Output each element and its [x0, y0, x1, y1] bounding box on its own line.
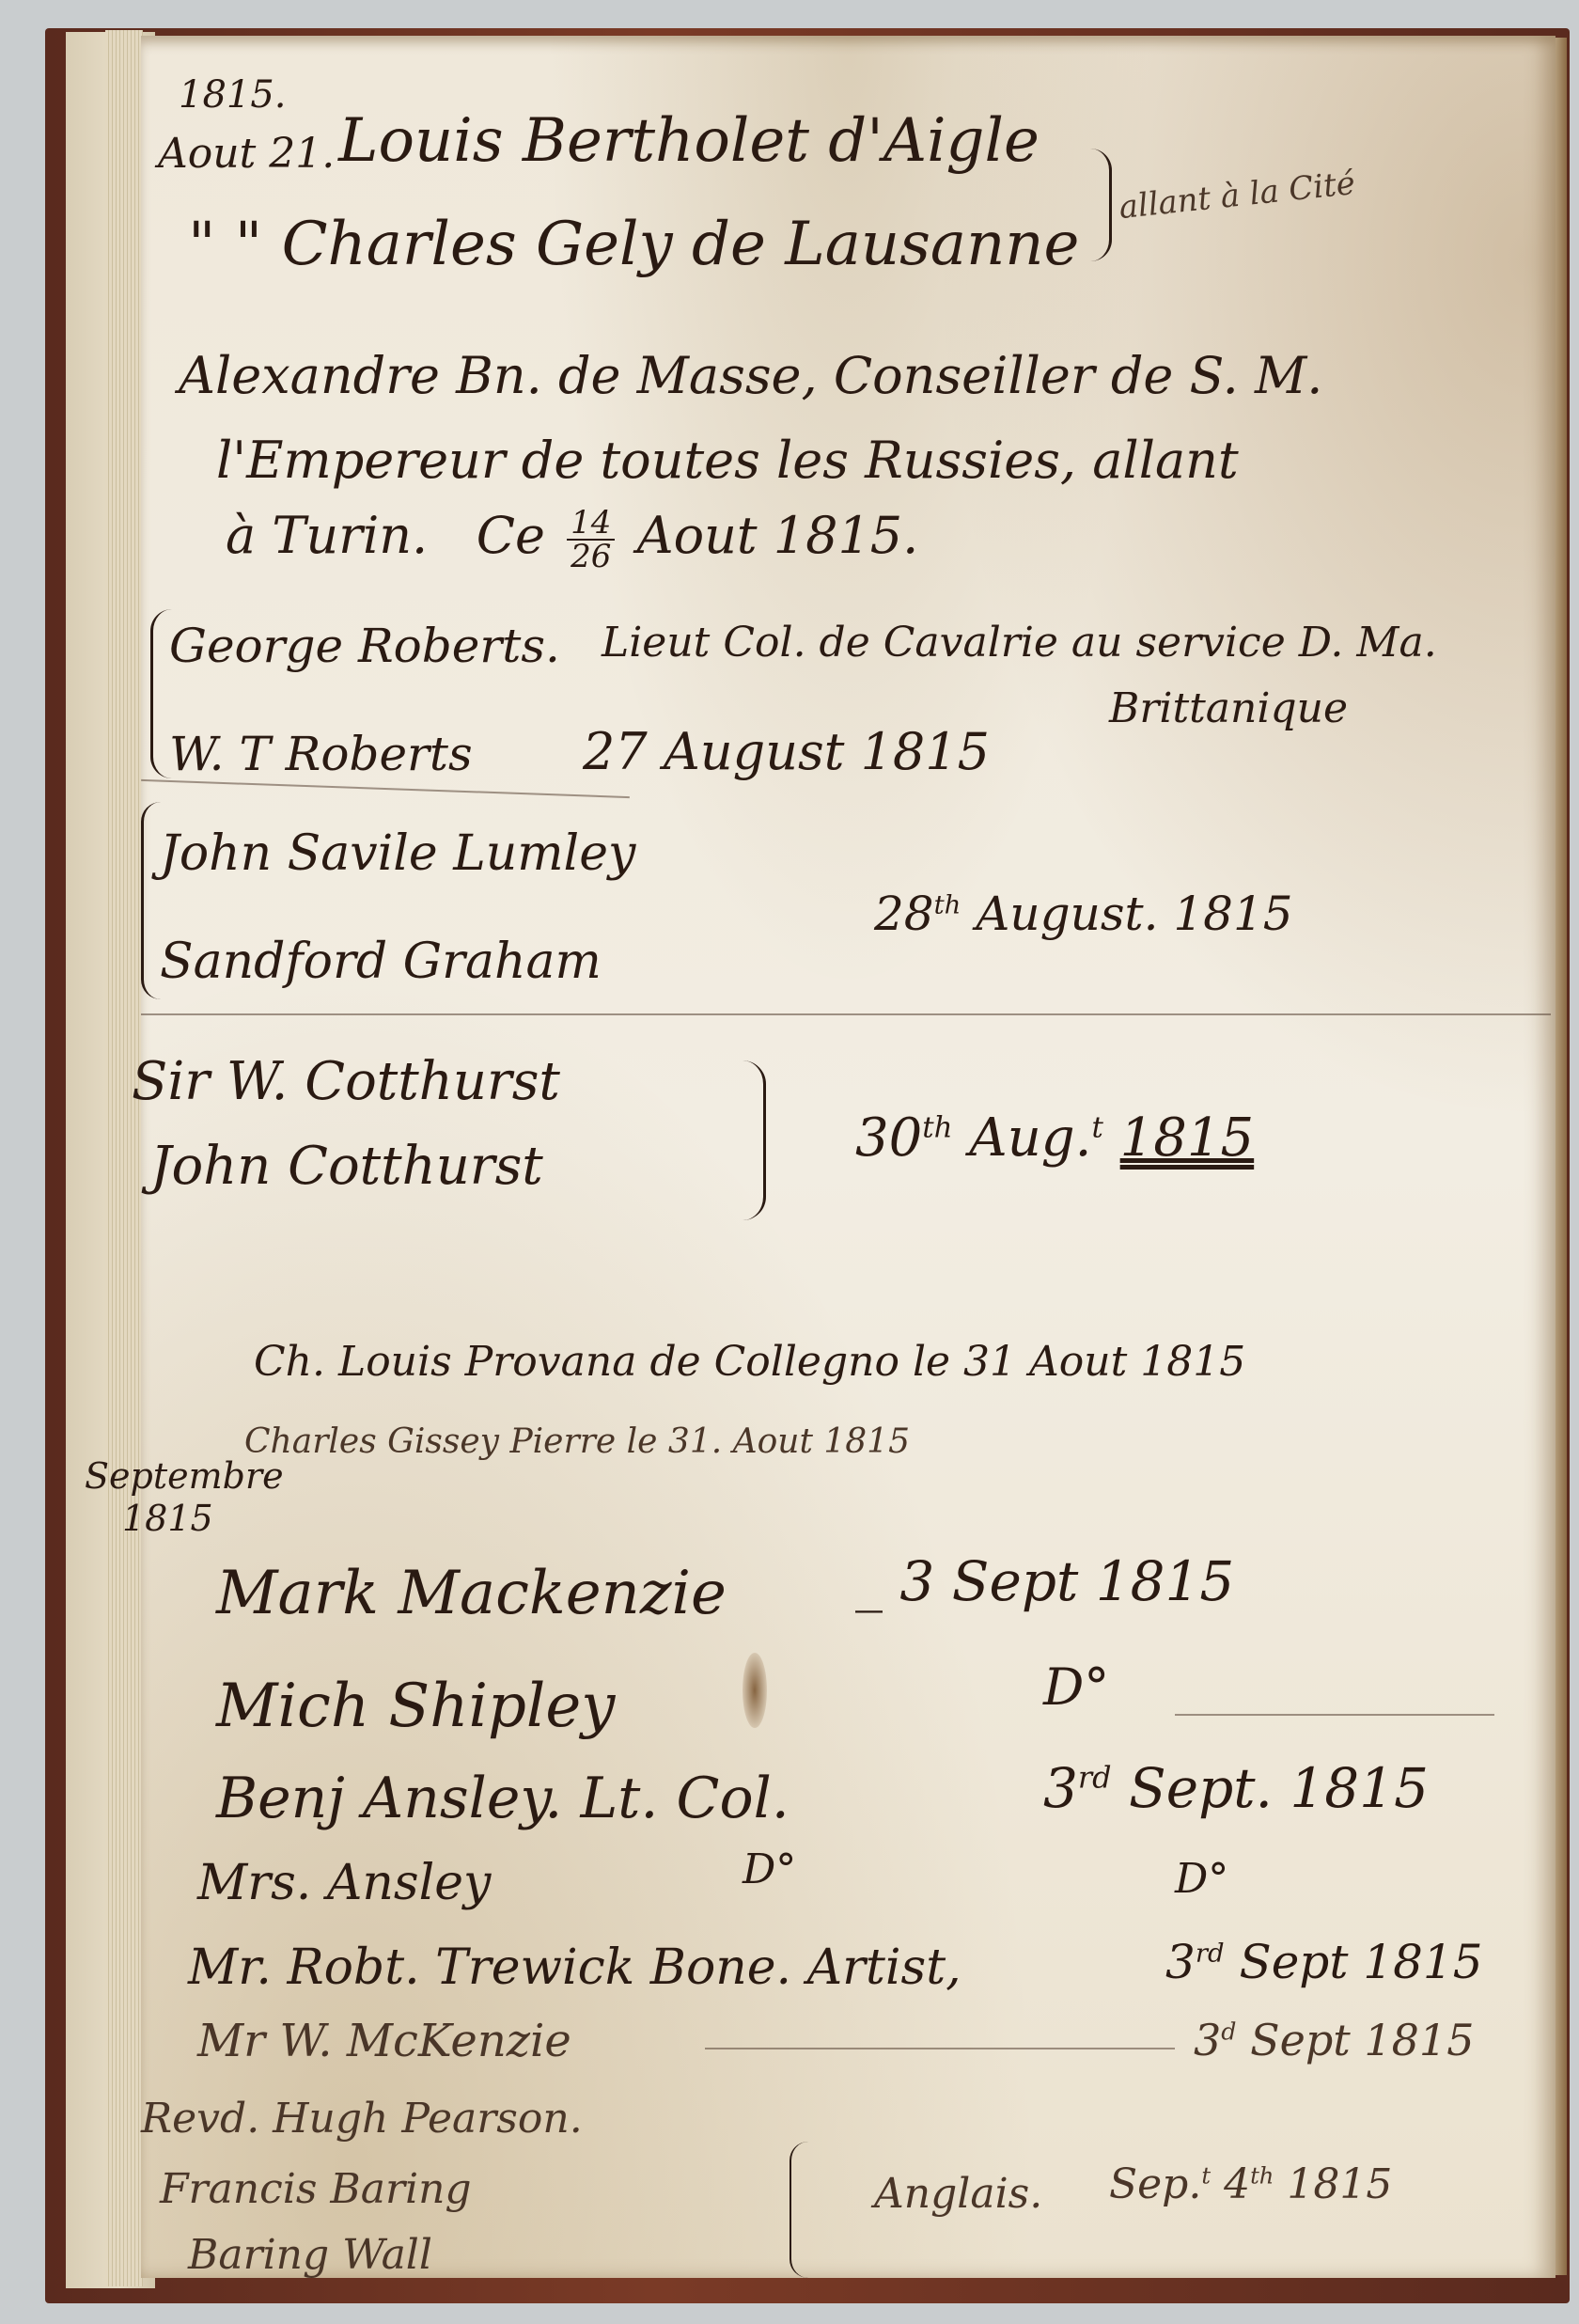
entry-date: 30th Aug.t 1815 — [855, 1107, 1254, 1169]
entry-name: George Roberts. — [169, 619, 560, 673]
entry-date: _ 3 Sept 1815 — [855, 1549, 1234, 1613]
entry-name: Benj Ansley. Lt. Col. — [216, 1766, 789, 1831]
year-margin: 1815 — [122, 1498, 213, 1539]
manuscript-page: 1815. Aout 21. Louis Bertholet d'Aigle "… — [141, 36, 1556, 2278]
entry-title: Brittanique — [1109, 684, 1348, 732]
entry-line: Alexandre Bn. de Masse, Conseiller de S.… — [179, 346, 1322, 405]
page-edges — [105, 30, 143, 2286]
entry-date: Sep.t 4th 1815 — [1109, 2160, 1392, 2208]
date-prefix: Ce — [477, 506, 545, 565]
entry-name: Mark Mackenzie — [216, 1559, 727, 1628]
entry-name: Revd. Hugh Pearson. — [141, 2095, 583, 2143]
entry-name: Mr W. McKenzie — [197, 2015, 571, 2067]
brace — [789, 2142, 808, 2278]
entry-date: 3rd Sept 1815 — [1165, 1935, 1483, 1989]
entry-date: 3rd Sept. 1815 — [1043, 1756, 1429, 1820]
brace — [141, 802, 161, 999]
entry-name: Sandford Graham — [160, 934, 602, 990]
brace — [743, 1060, 766, 1220]
entry-date: D° — [1043, 1657, 1109, 1717]
entry-date: 28th August. 1815 — [874, 887, 1293, 941]
entry-date: D° — [1175, 1855, 1228, 1903]
entry-name: John Savile Lumley — [160, 825, 635, 882]
entry-title: Lieut Col. de Cavalrie au service D. Ma. — [602, 619, 1437, 667]
entry-date: 3d Sept 1815 — [1194, 2015, 1474, 2065]
date-suffix: Aout 1815. — [637, 506, 919, 565]
entry-name: Louis Bertholet d'Aigle — [338, 106, 1040, 176]
entry-line: Charles Gissey Pierre le 31. Aout 1815 — [244, 1422, 910, 1461]
entry-date: 27 August 1815 — [583, 722, 990, 781]
separator-line — [141, 1013, 1551, 1015]
separator-line — [141, 779, 630, 798]
entry-note: Anglais. — [874, 2170, 1042, 2218]
ditto-mark: D° — [743, 1845, 796, 1893]
entry-name: " " Charles Gely de Lausanne — [188, 210, 1079, 279]
strikethrough-line — [705, 2048, 1175, 2049]
separator-line — [1175, 1714, 1494, 1716]
entry-name: Mr. Robt. Trewick Bone. Artist, — [188, 1939, 961, 1996]
entry-name: Francis Baring — [160, 2165, 472, 2213]
month-margin: Septembre — [85, 1455, 284, 1497]
destination: à Turin. — [226, 506, 428, 565]
entry-signature: Sir W. Cotthurst — [132, 1051, 560, 1112]
ink-stain — [743, 1653, 767, 1728]
entry-note: allant à la Cité — [1118, 165, 1357, 227]
entry-name: Mich Shipley — [216, 1672, 615, 1741]
entry-date-margin: Aout 21. — [158, 130, 335, 178]
brace — [1090, 149, 1112, 261]
year-margin: 1815. — [179, 73, 287, 117]
entry-name: W. T Roberts — [169, 727, 473, 781]
entry-line: Ch. Louis Provana de Collegno le 31 Aout… — [254, 1338, 1245, 1386]
entry-line: à Turin. Ce 1426 Aout 1815. — [226, 506, 918, 573]
entry-name: Mrs. Ansley — [197, 1855, 491, 1911]
book-edge-right — [1556, 38, 1567, 2275]
entry-name: Baring Wall — [188, 2231, 432, 2279]
entry-line: l'Empereur de toutes les Russies, allant — [216, 431, 1239, 490]
entry-signature: John Cotthurst — [150, 1136, 543, 1197]
date-fraction: 1426 — [567, 507, 615, 573]
